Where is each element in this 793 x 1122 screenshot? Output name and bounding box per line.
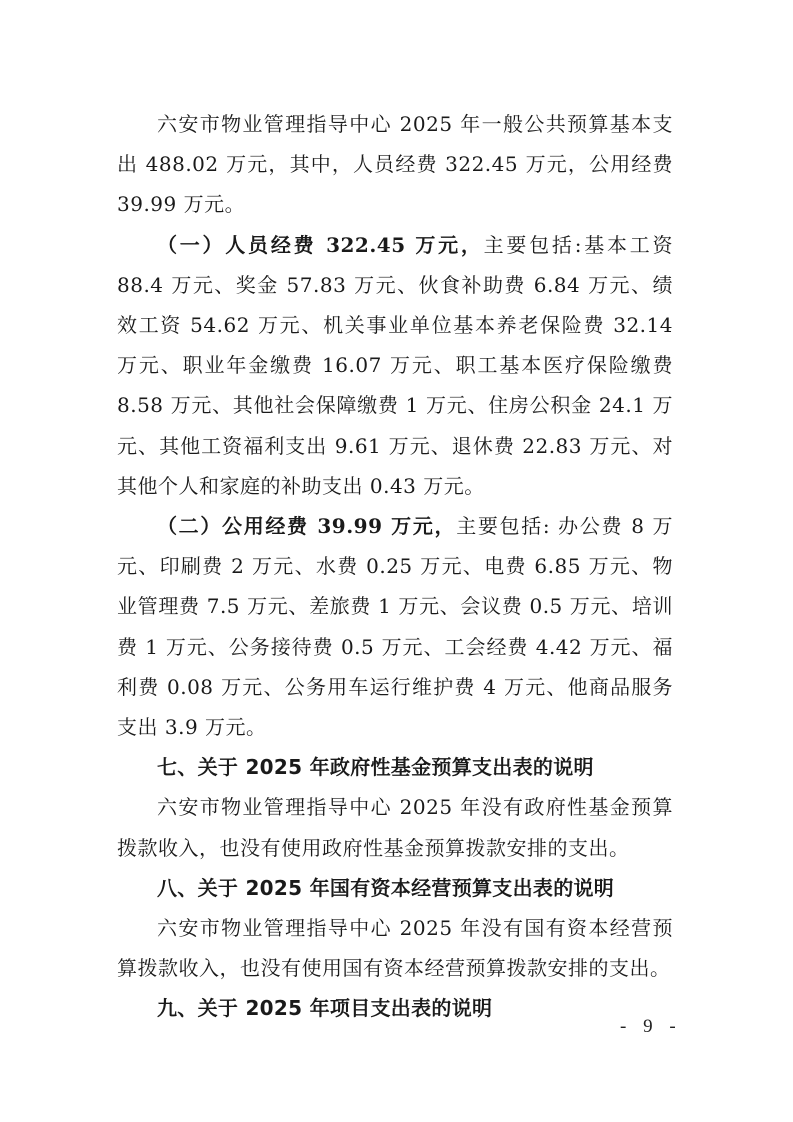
- personnel-expenses-body: 主要包括:基本工资 88.4 万元、奖金 57.83 万元、伙食补助费 6.84…: [117, 233, 673, 498]
- basic-expenditure-summary: 六安市物业管理指导中心 2025 年一般公共预算基本支出 488.02 万元，其…: [117, 104, 673, 225]
- personnel-expenses-lead: （一）人员经费 322.45 万元，: [157, 233, 484, 257]
- state-capital-paragraph: 六安市物业管理指导中心 2025 年没有国有资本经营预算拨款收入，也没有使用国有…: [117, 908, 673, 988]
- section-heading-9: 九、关于 2025 年项目支出表的说明: [117, 988, 673, 1028]
- page-number: - 9 -: [620, 1016, 682, 1038]
- government-fund-paragraph: 六安市物业管理指导中心 2025 年没有政府性基金预算拨款收入，也没有使用政府性…: [117, 787, 673, 867]
- section-heading-8: 八、关于 2025 年国有资本经营预算支出表的说明: [117, 868, 673, 908]
- public-expenses-lead: （二）公用经费 39.99 万元，: [157, 514, 456, 538]
- section-heading-7: 七、关于 2025 年政府性基金预算支出表的说明: [117, 747, 673, 787]
- public-expenses-body: 主要包括: 办公费 8 万元、印刷费 2 万元、水费 0.25 万元、电费 6.…: [117, 514, 673, 739]
- public-expenses-paragraph: （二）公用经费 39.99 万元，主要包括: 办公费 8 万元、印刷费 2 万元…: [117, 506, 673, 747]
- document-page: 六安市物业管理指导中心 2025 年一般公共预算基本支出 488.02 万元，其…: [117, 104, 673, 1029]
- personnel-expenses-paragraph: （一）人员经费 322.45 万元，主要包括:基本工资 88.4 万元、奖金 5…: [117, 225, 673, 506]
